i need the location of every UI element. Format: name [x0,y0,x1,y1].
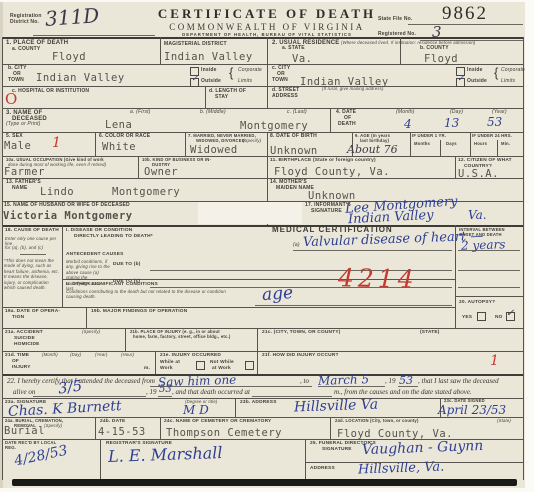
location-label: 24d. LOCATION (City, town, or county) [335,419,419,424]
blank-line [293,250,452,251]
location-value: Floyd County, Va. [337,428,453,440]
autopsy-yes-label: YES [462,315,472,320]
hours-label: Hours [474,142,487,147]
operation-date-label: 19a. DATE OF OPERA- [5,309,60,314]
grid-line [267,37,268,108]
residence-title-note: (Where deceased lived. If institution: r… [341,41,475,46]
place-limits-label: Limits [238,79,252,85]
residence-outside-checkmark: ✓ [457,75,465,84]
funeral-director-label2: SIGNATURE [322,447,352,452]
grid-line [455,156,456,178]
disease-label: I. DISEASE OR CONDITION [66,228,132,233]
grid-line [155,351,156,374]
grid-line [100,439,101,480]
blank-line [458,287,520,288]
red-code-value: 4214 [338,265,418,291]
death-day-value: 13 [444,117,459,129]
residence-corporate-label: Corporate [501,68,525,74]
residence-county-label: b. COUNTY [420,46,449,52]
spouse-value: Victoria Montgomery [3,210,133,222]
place-outside-label: Outside [201,79,221,85]
residence-state-value: Va. [292,53,312,65]
place-county-label: a. COUNTY [12,47,40,53]
death-date-title3: DEATH [338,122,356,128]
blank-line [20,254,46,255]
operation-date-label2: TION [12,315,24,320]
sex-value: Male [4,140,31,152]
grid-line [2,108,524,109]
citizen-label: 12. CITIZEN OF WHAT [458,158,512,163]
birth-date-value: Unknown [270,145,318,157]
burial-date-value: 4-15-53 [98,426,146,438]
date-signed-value: April 23/53 [438,404,506,416]
residence-state-label: a. STATE [282,46,305,52]
homicide-label: HOMICIDE [14,342,40,347]
physician-addr-label: 23b. ADDRESS [240,400,277,405]
cause-a-label: (a) [293,243,300,249]
grid-line [330,417,331,439]
place-inside-label: Inside [201,68,217,74]
name-last-label: c. (Last) [287,110,307,116]
grid-line [160,37,161,64]
hospital-red-mark: O [5,92,17,107]
while-at-work-checkbox [196,361,205,370]
residence-limits-label: Limits [501,79,515,85]
certify-alive-value: 3/5 [57,378,83,396]
grid-line [138,156,139,178]
grid-line [62,225,63,307]
race-value: White [102,141,136,153]
injury-occurred-label: 21e. INJURY OCCURRED [160,353,221,358]
name-first-label: a. (First) [130,110,151,116]
death-month-label: (Month) [396,110,415,116]
birthplace-value: Floyd County, Va. [274,166,390,178]
how-injury-label: 21f. HOW DID INJURY OCCUR? [262,353,339,358]
place-outside-checkmark: ✓ [191,75,199,84]
cemetery-label: 24c. NAME OF CEMETERY OR CREMATORY [164,419,271,424]
while-at-label: While at [160,360,180,365]
grid-line [2,307,455,308]
contributing-note: Conditions contributing to the death but… [66,289,226,300]
reg-district-value: 311D [44,5,99,29]
months-label: Months [414,142,430,147]
registrar-signature: L. E. Marshall [108,445,223,465]
burial-value: Burial [4,425,45,437]
operation-findings-label: 19b. MAJOR FINDINGS OF OPERATION [91,309,187,314]
grid-line [497,140,498,156]
work-label: Work [160,366,173,371]
injury-month-label: (Month) [42,353,58,358]
grid-line [470,132,471,156]
injury-day-label: (Day) [70,353,81,358]
certify-year1-value: 53 [399,375,413,386]
certificate-subtitle: COMMONWEALTH OF VIRGINIA [127,22,407,32]
grid-line [2,37,524,39]
not-while-label: Not While [210,360,234,365]
funeral-address-label: ADDRESS [310,466,335,471]
cause-note2: for (a), (b), and (c) [5,246,43,251]
grid-line [2,178,524,179]
grid-line [2,328,524,329]
name-middle-label: b. (Middle) [200,110,226,116]
cause-title: 18. CAUSE OF DEATH [5,228,59,233]
grid-line [235,398,236,417]
grid-line [440,140,441,156]
grid-line [523,37,524,480]
residence-brace: { [494,66,499,80]
sex-label: 5. SEX [6,134,23,140]
grid-line [2,225,524,227]
marital-value: Widowed [190,144,238,156]
street-address-note: (If rural, give mailing address) [322,87,384,92]
residence-outside-label: Outside [467,79,487,85]
injury-hour-label: (Hour) [121,353,134,358]
accident-label: 21a. ACCIDENT [5,330,43,335]
place-corporate-label: Corporate [238,68,262,74]
certify-text-6: , 19 [146,388,157,396]
certify-year2-value: 53 [159,385,172,395]
name-last-value: Montgomery [240,120,308,132]
father-last-value: Montgomery [112,186,180,198]
state-file-line [408,24,523,25]
marital-label2: WIDOWED, DIVORCED [196,139,245,144]
industry-value: Owner [144,166,178,178]
grid-line [205,86,206,108]
other-conditions-label: II. OTHER SIGNIFICANT CONDITIONS [66,282,158,287]
days-label: Days [446,142,457,147]
hospital-label: c. HOSPITAL OR INSTITUTION [12,89,89,95]
magisterial-district-label: MAGISTERIAL DISTRICT [164,42,227,48]
certify-text-5: alive on [13,388,35,396]
grid-line [305,439,306,480]
blank-line [458,270,520,271]
place-of-injury-label2: home, farm, factory, street, office bldg… [133,335,230,340]
grid-line [160,417,161,439]
scan-bottom-shadow [12,479,517,486]
physician-address: Hillsville Va [294,398,379,415]
informant-state: Va. [468,209,487,221]
grid-line [257,328,258,374]
time-of-injury-label: 21d. TIME [5,353,29,358]
injury-city-label: 21c. (CITY, TOWN, OR COUNTY) [262,330,341,335]
death-day-label: (Day) [450,110,463,116]
occupation-value: Farmer [4,166,45,178]
father-first-value: Lindo [40,186,74,198]
birth-date-label: 8. DATE OF BIRTH [270,134,317,140]
cause-footnote: *This does not mean the mode of dying, s… [4,258,60,291]
funeral-address-value: Hillsville, Va. [358,460,445,476]
death-month-value: 4 [404,118,412,130]
grid-line [410,132,411,156]
min-label: Min. [501,142,510,147]
magisterial-district-value: Indian Valley [164,51,253,63]
birthplace-label: 11. BIRTHPLACE (State or foreign country… [270,158,376,163]
blank-line [255,305,452,306]
informant-label2: SIGNATURE [311,209,342,215]
injury-state-label: (STATE) [420,330,440,335]
reg-district-label2: District No. [10,20,39,26]
not-while-at-work-checkbox [245,361,254,370]
blank-patch [198,202,302,224]
accident-specify-label: (Specify) [82,330,100,335]
grid-line [95,417,96,439]
injury-year-label: (Year) [95,353,108,358]
how-injury-red-mark: 1 [490,354,499,368]
location-state-label: (State) [497,419,511,424]
injury-m-label: m. [144,366,150,371]
state-file-number: 9862 [442,3,488,25]
cemetery-value: Thompson Cemetery [166,427,282,439]
mother-value: Unknown [308,190,356,202]
time-of-injury-label2: OF [12,359,19,364]
under-1yr-label: IF UNDER 1 YR. [412,134,446,139]
death-year-value: 53 [487,116,502,128]
death-certificate-scan: Registration District No. 311D CERTIFICA… [0,0,534,492]
autopsy-yes-checkbox [477,312,486,321]
spouse-label: 15. NAME OF HUSBAND OR WIFE OF DECEASED [4,203,130,209]
blank-line [33,396,146,397]
state-file-label: State File No. [378,17,412,23]
blank-line [158,396,172,397]
due-to-b-label: DUE TO (b) [113,262,141,267]
street-address-label2: ADDRESS [272,94,298,100]
grid-line [2,86,524,87]
grid-line [185,132,186,156]
grid-line [95,132,96,156]
grid-line [2,37,3,480]
certify-to-value: March 5 [318,373,369,387]
funeral-director-signature: Vaughan - Guynn [362,439,484,457]
marital-specify-label: (Specify) [243,139,261,144]
race-label: 6. COLOR OR RACE [99,134,150,140]
sex-red-mark: 1 [52,136,61,150]
suicide-label: SUICIDE [14,336,35,341]
residence-city-label3: TOWN [272,78,288,84]
burial-specify-label: (Specify) [44,424,62,429]
citizen-value: U.S.A. [458,168,499,180]
at-work-label: at Work [212,366,231,371]
time-of-injury-label3: INJURY [12,365,31,370]
under-24hrs-label: IF UNDER 24 HRS. [472,134,512,139]
grid-line [330,108,331,132]
place-county-value: Floyd [52,51,86,63]
certify-text-3: , 19 [385,377,396,385]
name-title3: (Type or Print) [6,122,41,128]
autopsy-no-label: NO [495,315,503,320]
certify-text-2: , to [300,377,309,385]
grid-line [2,417,524,418]
autopsy-no-checkmark: ✓ [506,309,514,319]
blank-line [252,396,332,397]
certificate-title: CERTIFICATE OF DEATH [127,6,407,22]
length-of-stay-label2: STAY [215,95,228,101]
other-conditions-value: age [261,285,293,304]
residence-inside-label: Inside [467,68,483,74]
antecedent-label: ANTECEDENT CAUSES [66,252,124,257]
name-first-value: Lena [105,119,132,131]
certify-text-7: , and that death occurred at [172,388,250,396]
grid-line [125,328,126,351]
grid-line [455,296,524,297]
certify-text-4: , that I last saw the deceased [418,377,499,385]
burial-date-label: 24b. DATE [100,419,125,424]
physician-degree-value: M D [183,404,209,416]
father-label2: NAME [12,186,28,192]
grid-line [86,307,87,328]
place-brace: { [229,66,234,80]
date-recd-label2: REG. [5,446,16,451]
residence-county-value: Floyd [424,53,458,65]
age-value: About 76 [347,144,398,155]
autopsy-label: 20. AUTOPSY? [459,300,495,305]
certify-text-8: m., from the causes and on the date stat… [334,388,472,396]
place-city-label3: TOWN [8,78,24,84]
disease-label2: DIRECTLY LEADING TO DEATH* [74,234,153,239]
place-city-value: Indian Valley [36,72,125,84]
interval-value: 2 years [461,238,506,252]
